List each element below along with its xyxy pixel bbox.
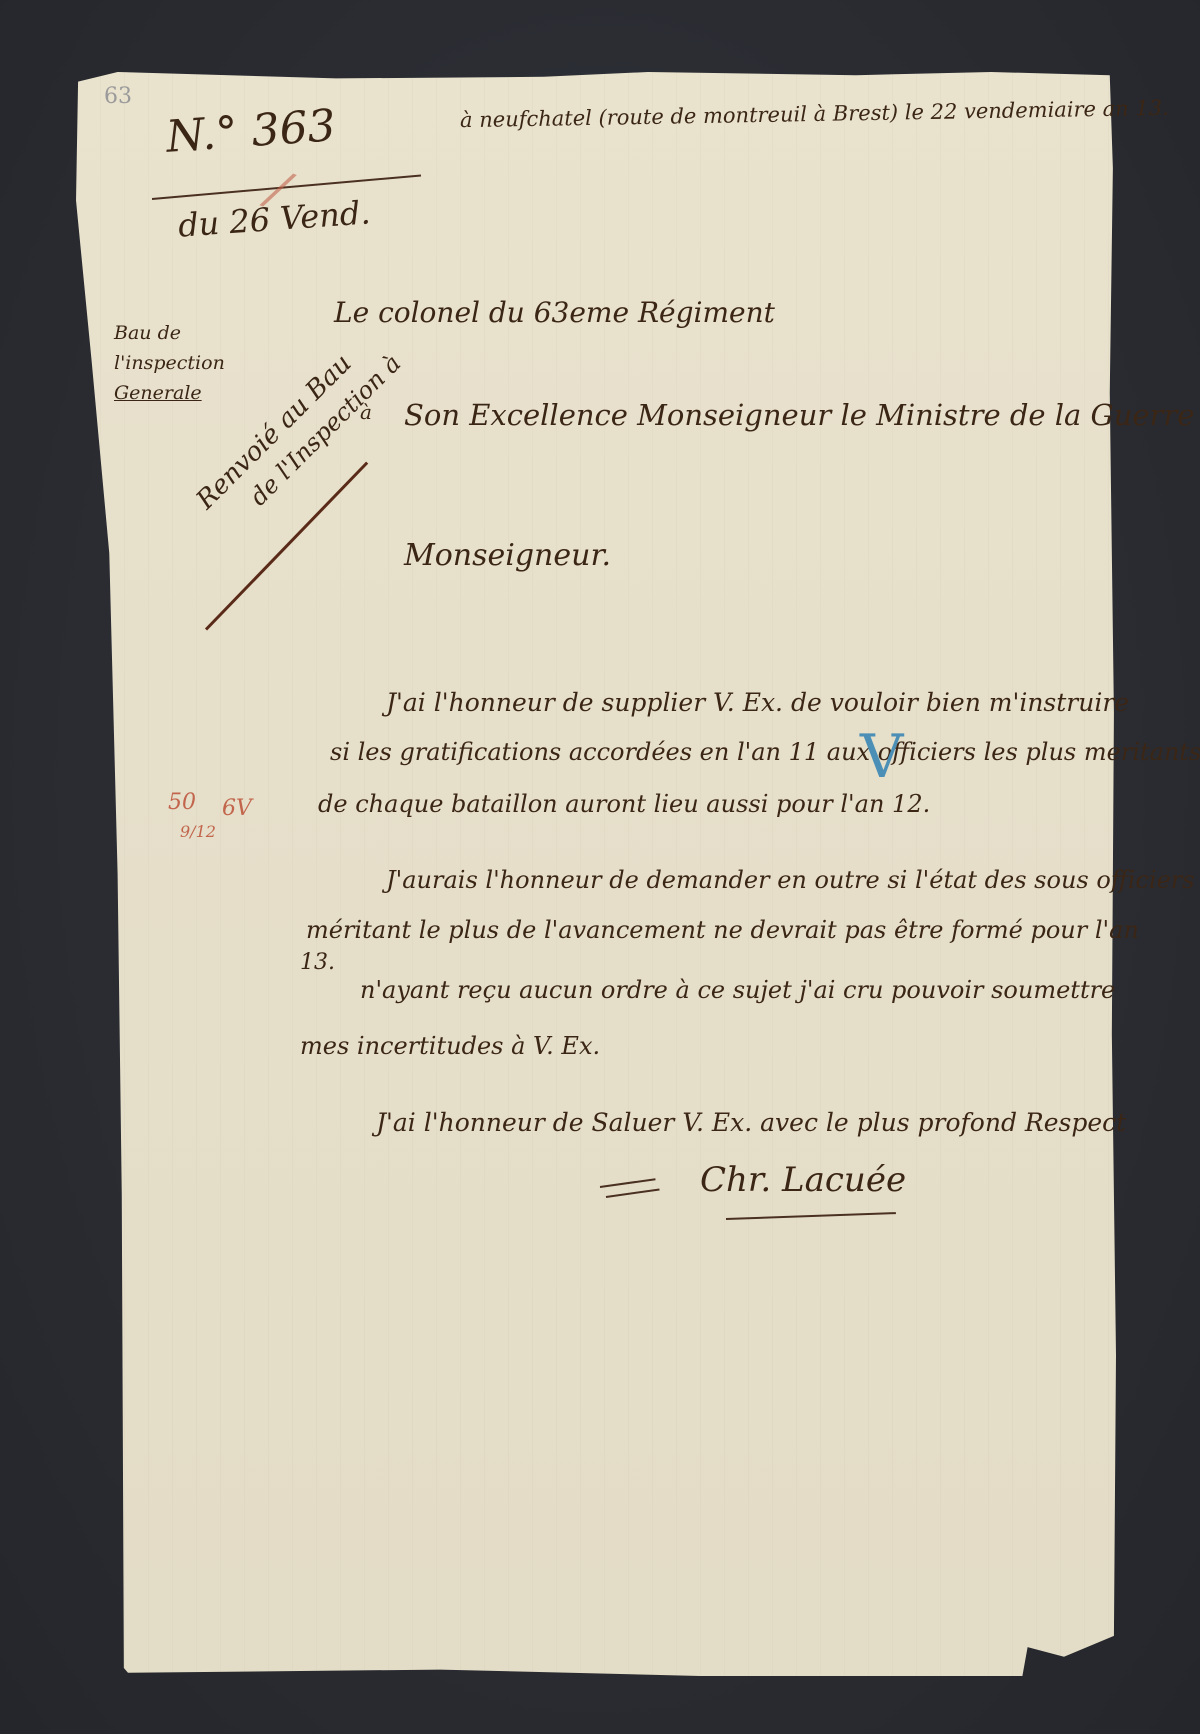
recipient-line: Son Excellence Monseigneur le Ministre d… bbox=[404, 398, 1194, 432]
salutation: Monseigneur. bbox=[404, 538, 611, 573]
red-margin-note: 9/12 bbox=[180, 822, 216, 841]
body-line: méritant le plus de l'avancement ne devr… bbox=[306, 916, 1139, 944]
signature: Chr. Lacuée bbox=[700, 1160, 906, 1200]
blue-crayon-mark: V bbox=[860, 722, 903, 792]
body-line: de chaque bataillon auront lieu aussi po… bbox=[318, 790, 930, 818]
margin-note-line: l'inspection bbox=[114, 352, 225, 374]
pencil-page-mark: 63 bbox=[104, 84, 132, 109]
body-line: 13. bbox=[300, 950, 335, 975]
body-line: n'ayant reçu aucun ordre à ce sujet j'ai… bbox=[360, 976, 1115, 1004]
red-margin-note: 50 bbox=[168, 790, 196, 815]
sender-line: Le colonel du 63eme Régiment bbox=[334, 296, 775, 329]
red-margin-note: 6V bbox=[222, 796, 252, 821]
body-line: J'ai l'honneur de supplier V. Ex. de vou… bbox=[386, 688, 1129, 717]
body-line: si les gratifications accordées en l'an … bbox=[330, 738, 1200, 766]
body-line: mes incertitudes à V. Ex. bbox=[300, 1032, 600, 1060]
recipient-prefix: à bbox=[360, 400, 372, 424]
body-line: J'aurais l'honneur de demander en outre … bbox=[386, 866, 1195, 894]
closing-line: J'ai l'honneur de Saluer V. Ex. avec le … bbox=[376, 1108, 1126, 1137]
margin-note-line: Bau de bbox=[114, 322, 225, 344]
